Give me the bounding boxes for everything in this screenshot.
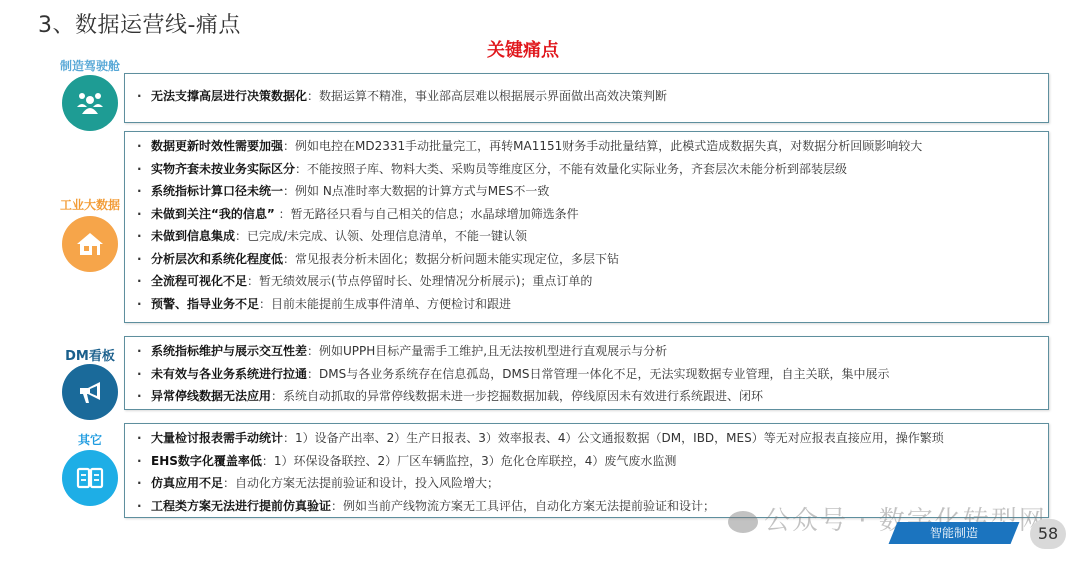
wechat-icon bbox=[728, 511, 758, 533]
list-item: ·仿真应用不足：自动化方案无法提前验证和设计，投入风险增大； bbox=[137, 472, 1038, 495]
page-title: 3、数据运营线-痛点 bbox=[38, 8, 241, 39]
people-icon bbox=[62, 75, 118, 131]
list-item: ·未做到关注“我的信息” ：暂无路径只看与自己相关的信息；水晶球增加筛选条件 bbox=[137, 203, 1038, 226]
list-item: ·分析层次和系统化程度低：常见报表分析未固化；数据分析问题未能实现定位，多层下钻 bbox=[137, 248, 1038, 271]
list-item: ·EHS数字化覆盖率低：1）环保设备联控、2）厂区车辆监控，3）危化仓库联控，4… bbox=[137, 450, 1038, 473]
list-item: ·无法支撑高层进行决策数据化：数据运算不精准，事业部高层难以根据展示界面做出高效… bbox=[137, 85, 1038, 108]
section-label-dm-board: DM看板 bbox=[50, 345, 130, 364]
section-box-big-data: ·数据更新时效性需要加强：例如电控在MD2331手动批量完工，再转MA1151财… bbox=[124, 131, 1049, 323]
list-item: ·未做到信息集成：已完成/未完成、认领、处理信息清单，不能一键认领 bbox=[137, 225, 1038, 248]
list-item: ·未有效与各业务系统进行拉通：DMS与各业务系统存在信息孤岛，DMS日常管理一体… bbox=[137, 363, 1038, 386]
list-item: ·异常停线数据无法应用：系统自动抓取的异常停线数据未进一步挖掘数据加载，停线原因… bbox=[137, 385, 1038, 408]
list-item: ·系统指标计算口径未统一：例如 N点准时率大数据的计算方式与MES不一致 bbox=[137, 180, 1038, 203]
list-item: ·系统指标维护与展示交互性差：例如UPPH目标产量需手工维护,且无法按机型进行直… bbox=[137, 340, 1038, 363]
list-item: ·实物齐套未按业务实际区分：不能按照子库、物料大类、采购员等维度区分，不能有效量… bbox=[137, 158, 1038, 181]
footer-tag-label: 智能制造 bbox=[893, 522, 1015, 544]
book-icon bbox=[62, 450, 118, 506]
list-item: ·全流程可视化不足：暂无绩效展示(节点停留时长、处理情况分析展示)；重点订单的 bbox=[137, 270, 1038, 293]
list-item: ·数据更新时效性需要加强：例如电控在MD2331手动批量完工，再转MA1151财… bbox=[137, 135, 1038, 158]
page-number: 58 bbox=[1030, 519, 1066, 549]
home-icon bbox=[62, 216, 118, 272]
section-label-other: 其它 bbox=[50, 431, 130, 448]
section-box-dm-board: ·系统指标维护与展示交互性差：例如UPPH目标产量需手工维护,且无法按机型进行直… bbox=[124, 336, 1049, 410]
section-box-cockpit: ·无法支撑高层进行决策数据化：数据运算不精准，事业部高层难以根据展示界面做出高效… bbox=[124, 73, 1049, 123]
section-label-cockpit: 制造驾驶舱 bbox=[50, 57, 130, 74]
key-pain-points-heading: 关键痛点 bbox=[487, 36, 559, 62]
megaphone-icon bbox=[62, 364, 118, 420]
section-label-big-data: 工业大数据 bbox=[50, 196, 130, 213]
list-item: ·大量检讨报表需手动统计：1）设备产出率、2）生产日报表、3）效率报表、4）公文… bbox=[137, 427, 1038, 450]
list-item: ·预警、指导业务不足：目前未能提前生成事件清单、方便检讨和跟进 bbox=[137, 293, 1038, 316]
